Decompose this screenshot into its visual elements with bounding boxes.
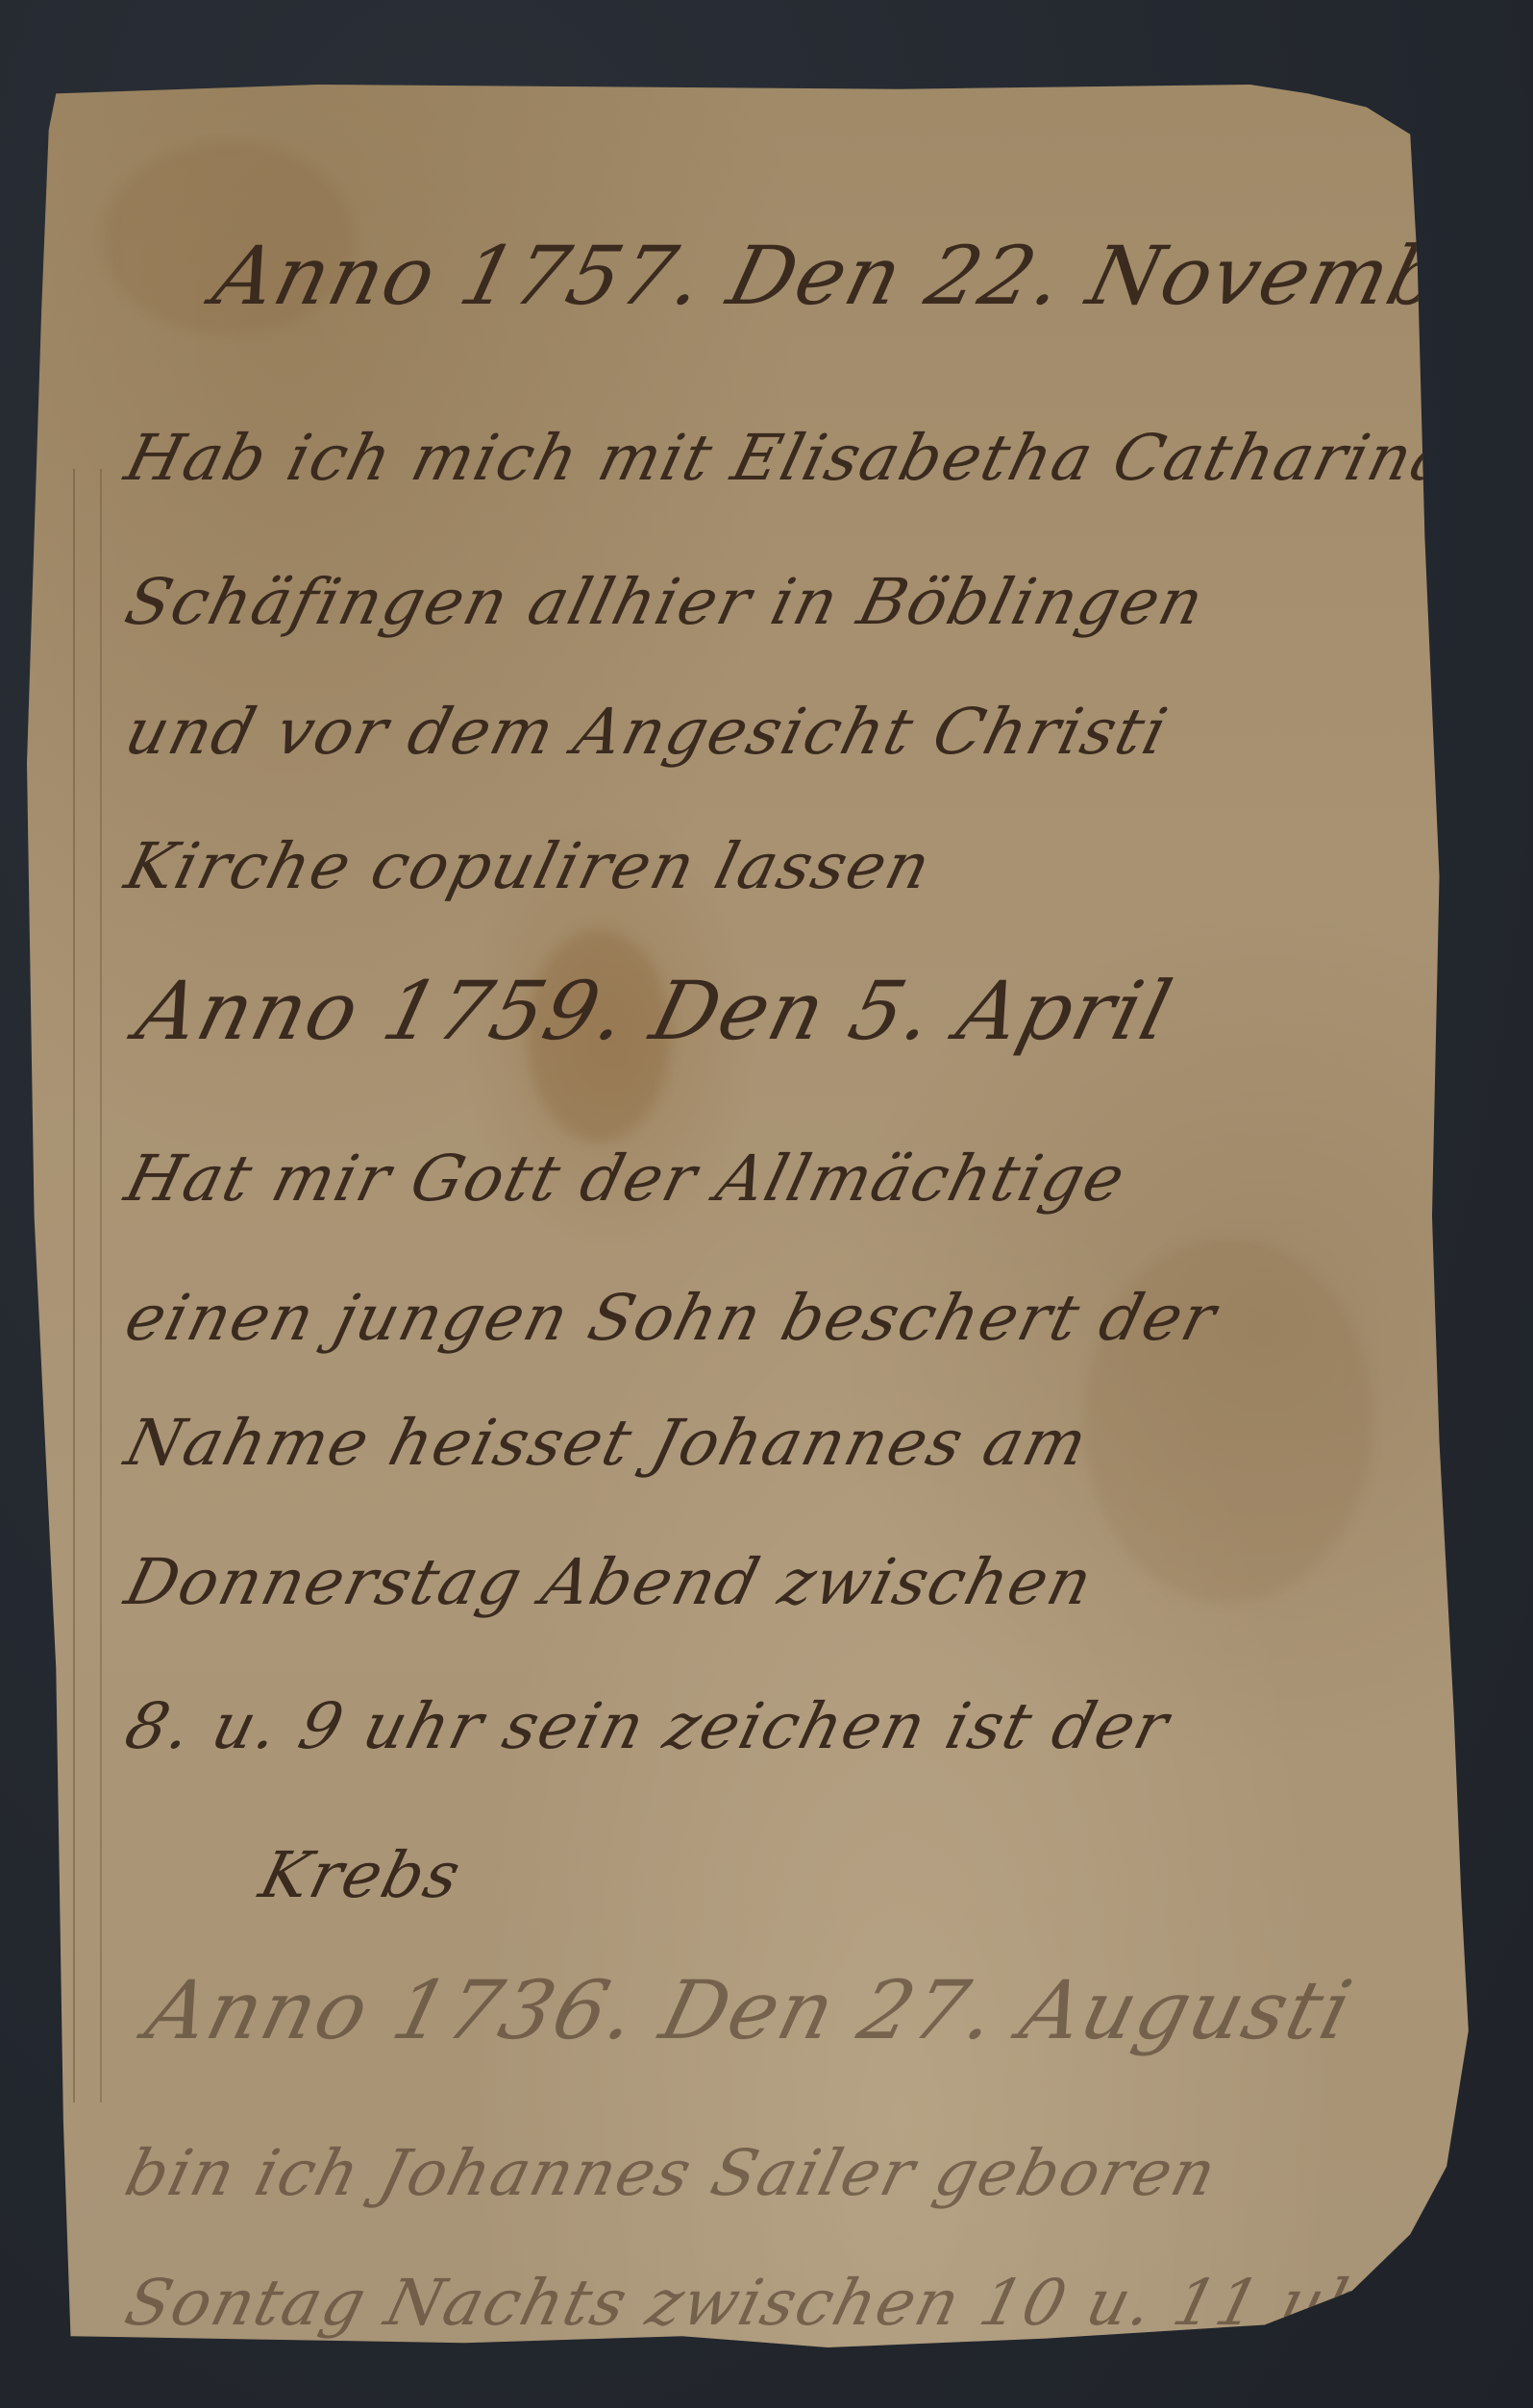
entry-1759-heading: Anno 1759. Den 5. April	[128, 964, 1182, 1058]
entry-1759-line: Krebs	[253, 1838, 469, 1912]
entry-1759-line: 8. u. 9 uhr sein zeichen ist der	[118, 1689, 1177, 1763]
entry-1759-line: Donnerstag Abend zwischen	[118, 1545, 1100, 1619]
binding-fold	[73, 469, 102, 2102]
entry-1757-line: Kirche copuliren lassen	[118, 829, 939, 903]
entry-1759-line: Hat mir Gott der Allmächtige	[118, 1142, 1133, 1216]
manuscript-page: Anno 1757. Den 22. Novemb. Hab ich mich …	[27, 85, 1483, 2347]
entry-1757-line: Hab ich mich mit Elisabetha Catharina	[118, 421, 1461, 495]
entry-1736-line: bin ich Johannes Sailer geboren	[118, 2136, 1224, 2210]
entry-1759-line: Nahme heisset Johannes am	[118, 1406, 1096, 1480]
entry-1757-line: Schäfingen allhier in Böblingen	[118, 565, 1212, 639]
entry-1759-line: einen jungen Sohn beschert der	[118, 1281, 1224, 1355]
entry-1736-heading: Anno 1736. Den 27. Augusti	[137, 1963, 1362, 2057]
entry-1757-line: und vor dem Angesicht Christi	[118, 695, 1175, 769]
entry-1757-heading: Anno 1757. Den 22. Novemb.	[205, 229, 1482, 323]
